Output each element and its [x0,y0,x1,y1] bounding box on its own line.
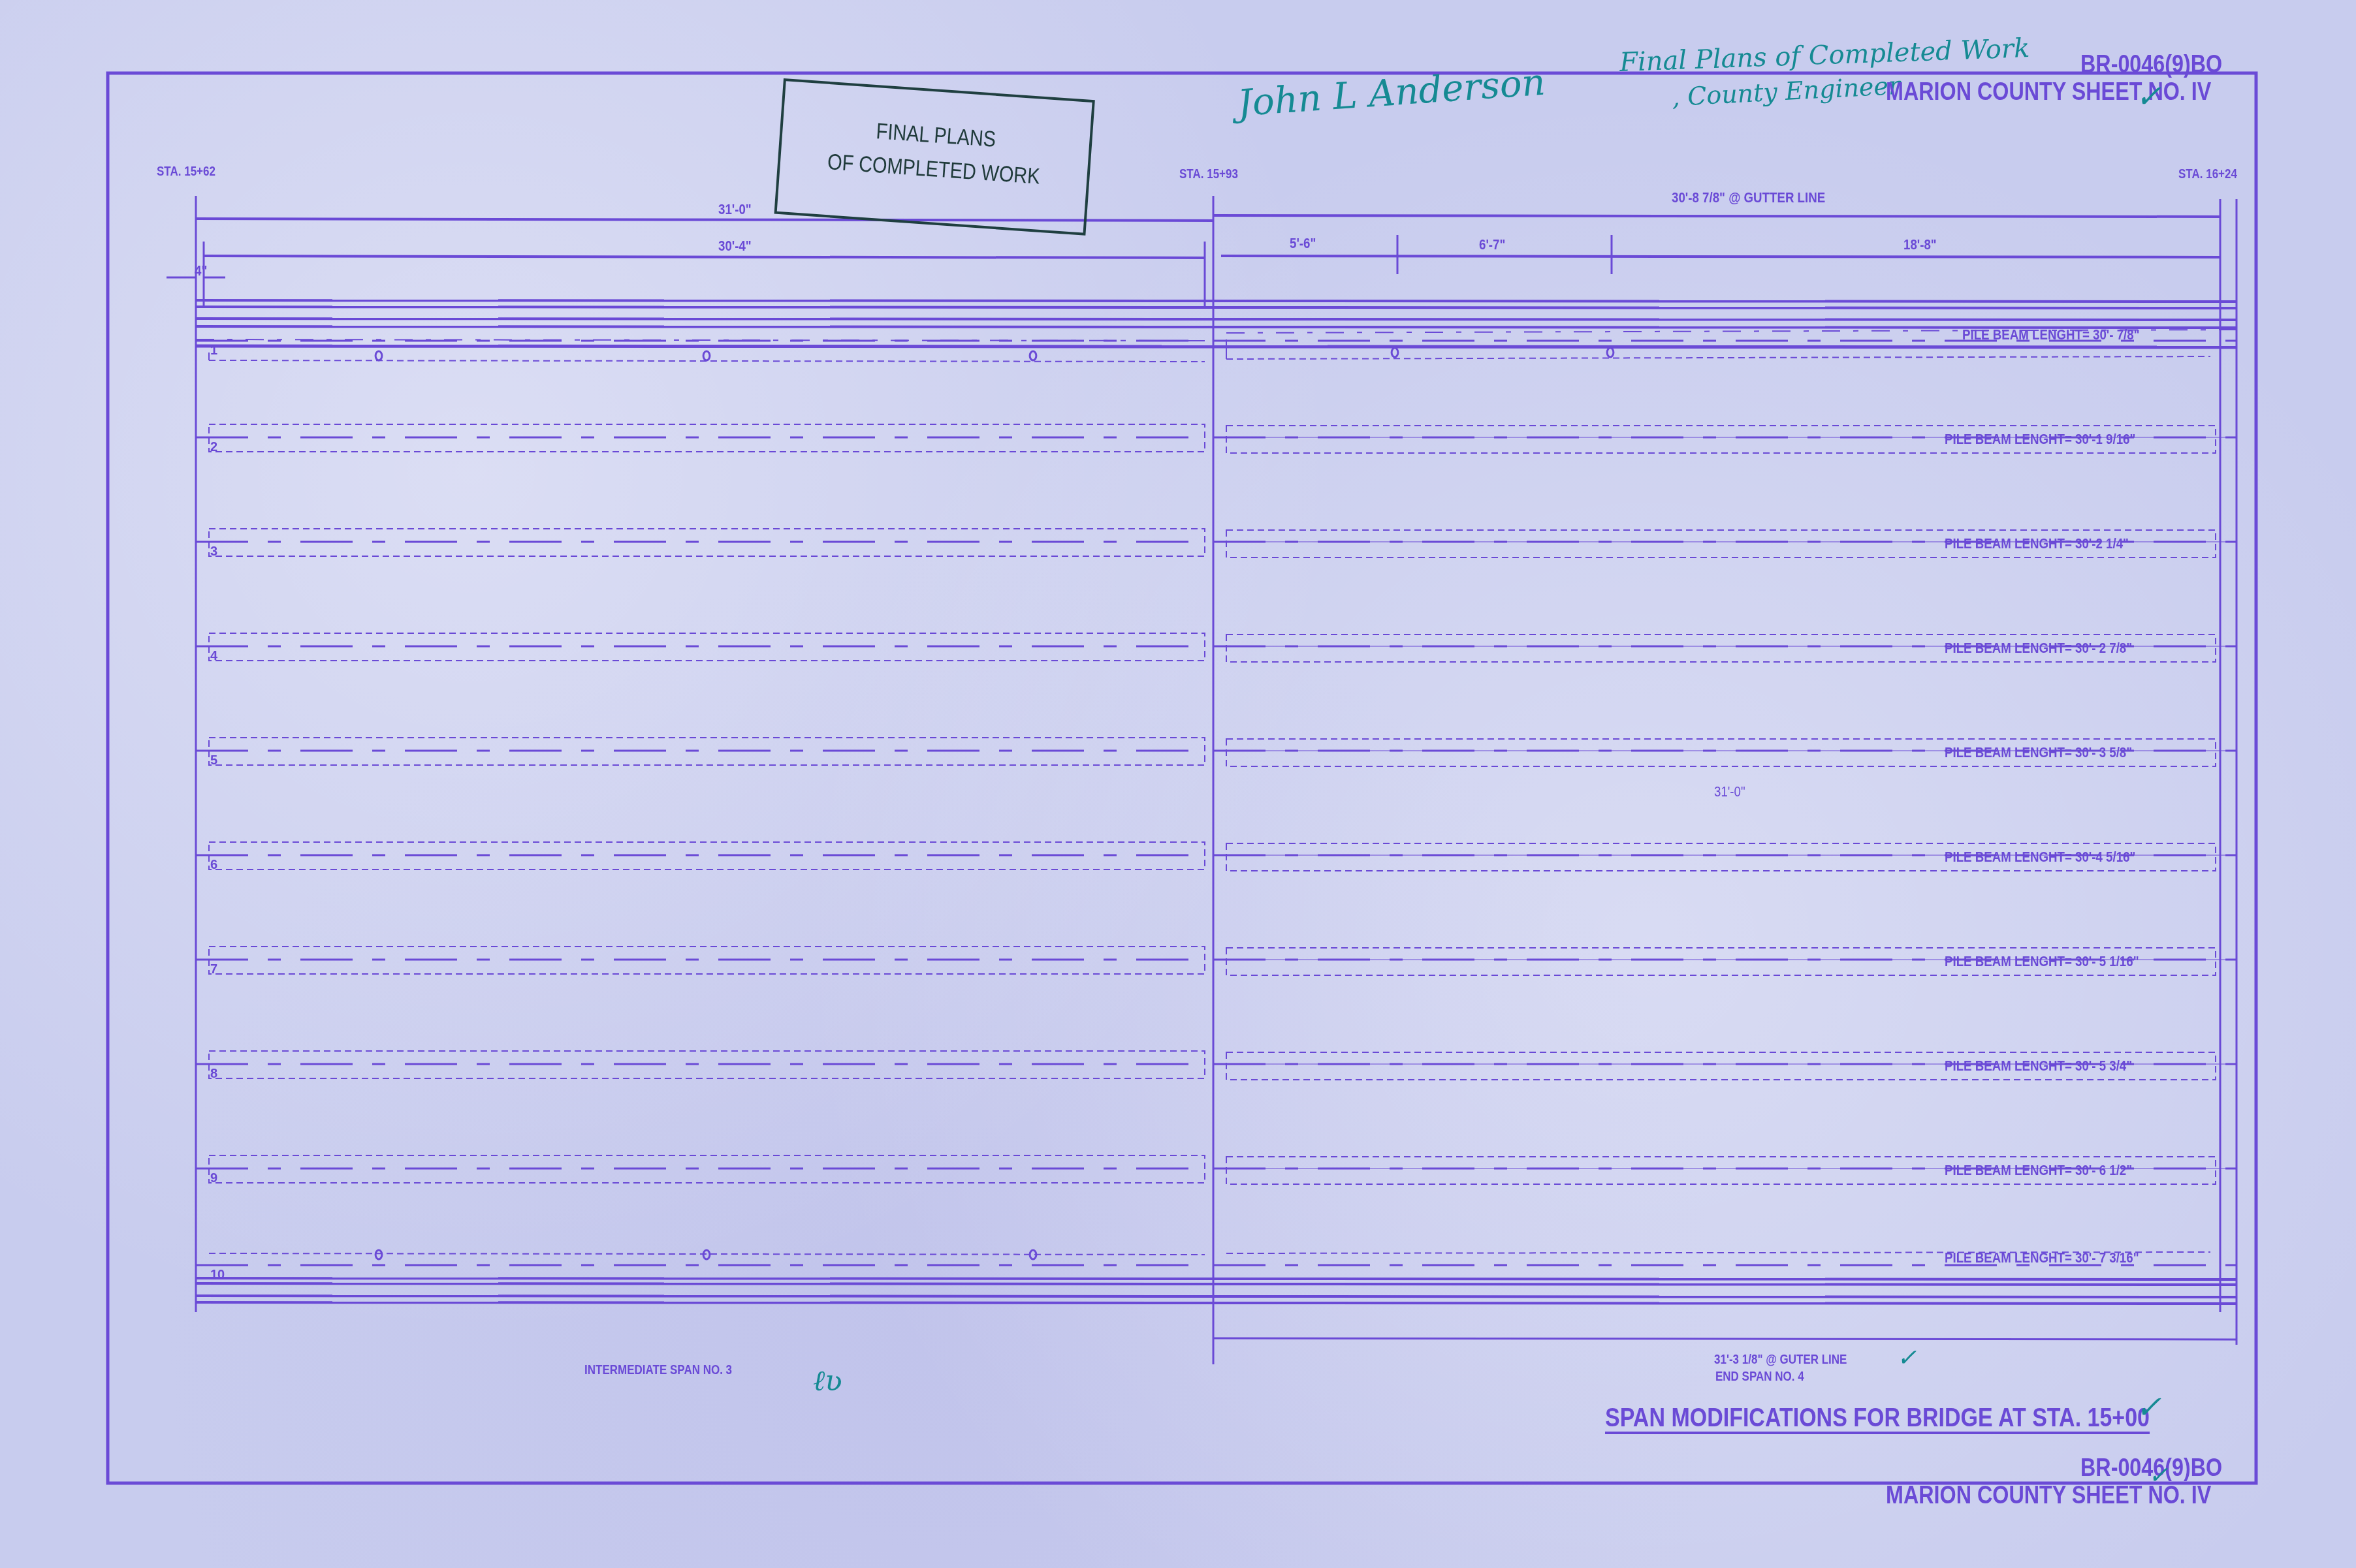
station-right: STA. 16+24 [2178,167,2237,182]
initials-mark: ℓʋ [813,1364,842,1398]
beam-number: 6 [210,858,217,873]
beam-number: 7 [210,962,217,977]
pile-beam-length-label: PILE BEAM LENGHT= 30'- 7/8" [1962,326,2140,343]
dim-gutter-right: 30'-8 7/8" @ GUTTER LINE [1672,189,1825,206]
beam-number: 2 [210,440,217,455]
pile-beam-length-label: PILE BEAM LENGHT= 30'- 5 3/4" [1945,1058,2132,1074]
dim-bottom-right-line-1: 31'-3 1/8" @ GUTER LINE [1714,1353,1847,1368]
dim-bottom-right-line-2: END SPAN NO. 4 [1715,1370,1804,1385]
dim-inner-left: 30'-4" [718,238,752,255]
drawing-title: SPAN MODIFICATIONS FOR BRIDGE AT STA. 15… [1605,1403,2150,1433]
pile-beam-length-label: PILE BEAM LENGHT= 30'- 3 5/8" [1945,744,2132,761]
beam-number: 5 [210,753,217,768]
station-middle: STA. 15+93 [1179,167,1238,182]
dim-seg-2: 6'-7" [1479,236,1505,253]
pile-beam-length-label: PILE BEAM LENGHT= 30'- 5 1/16" [1945,953,2139,970]
beam-number: 9 [210,1171,217,1186]
pile-beam-length-label: PILE BEAM LENGHT= 30'- 2 7/8" [1945,640,2132,657]
checkmark-icon: ✓ [1897,1345,1917,1372]
pile-beam-length-label: PILE BEAM LENGHT= 30'- 6 1/2" [1945,1162,2132,1179]
checkmark-icon: ✓ [2135,78,2161,115]
beam-number: 4 [210,649,217,664]
intermediate-span-label: INTERMEDIATE SPAN NO. 3 [584,1363,732,1378]
beam-number: 1 [210,343,217,358]
dim-overall-left: 31'-0" [718,201,752,218]
dim-offset-left: 4" [195,262,207,279]
header-project-number: BR-0046(9)BO [2080,51,2222,79]
beam-number: 8 [210,1067,217,1082]
pile-beam-length-label: PILE BEAM LENGHT= 30'-4 5/16" [1945,849,2135,866]
header-sheet-label: MARION COUNTY SHEET NO. IV [1886,78,2211,106]
pile-beam-length-label: PILE BEAM LENGHT= 30'- 7 3/16" [1945,1249,2139,1266]
beam-layout-drawing [0,0,2356,1568]
final-plans-stamp: FINAL PLANS OF COMPLETED WORK [774,78,1094,236]
dim-mid-right: 31'-0" [1714,783,1745,800]
checkmark-icon: ✓ [2135,1389,2161,1426]
dim-seg-1: 5'-6" [1290,235,1316,252]
pile-beam-length-label: PILE BEAM LENGHT= 30'-1 9/16" [1945,431,2135,448]
checkmark-icon: ✓ [2148,1462,2168,1489]
pile-beam-length-label: PILE BEAM LENGHT= 30'-2 1/4" [1945,535,2129,552]
beam-number: 10 [210,1268,225,1283]
beam-number: 3 [210,544,217,559]
dim-seg-3: 18'-8" [1903,236,1937,253]
station-left: STA. 15+62 [157,165,215,180]
